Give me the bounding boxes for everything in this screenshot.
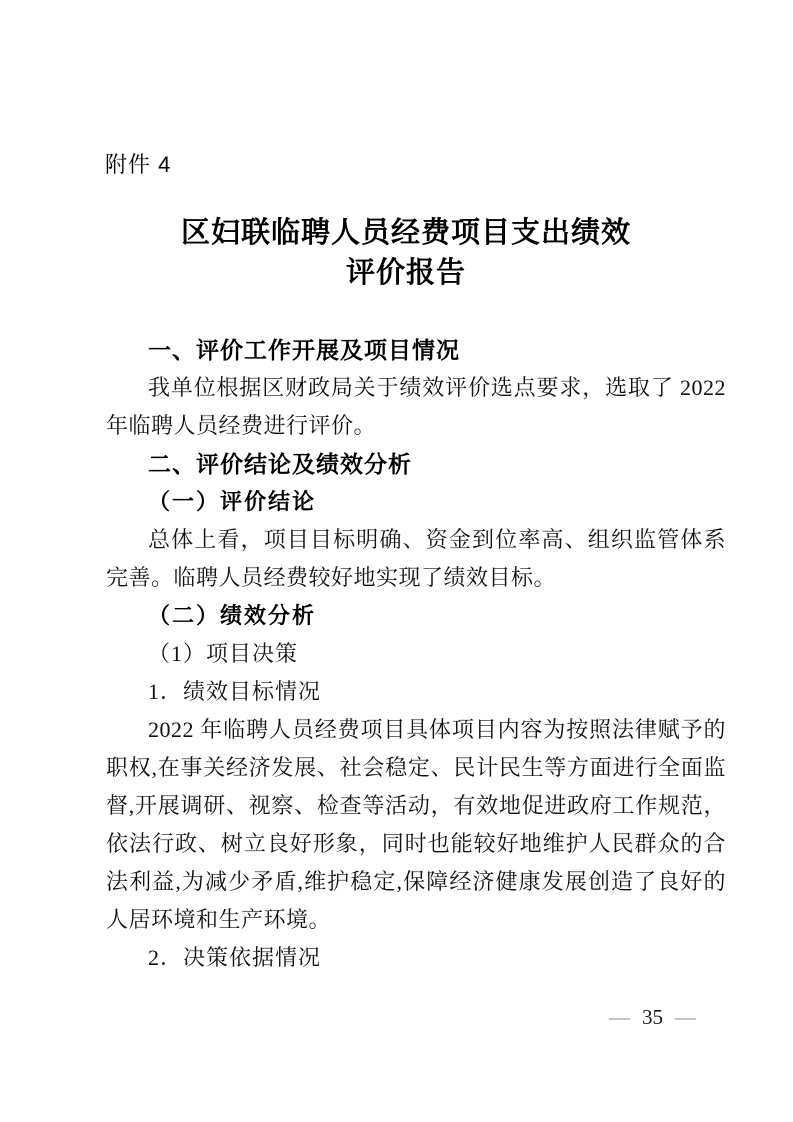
paragraph: 我单位根据区财政局关于绩效评价选点要求，选取了 2022 年临聘人员经费进行评价…	[106, 369, 726, 445]
document-page: 附件 4 区妇联临聘人员经费项目支出绩效 评价报告 一、评价工作开展及项目情况我…	[0, 0, 793, 1122]
page-number: 35	[642, 1005, 663, 1030]
section-heading: 二、评价结论及绩效分析	[106, 445, 726, 483]
footer-dash-right: —	[675, 1005, 696, 1029]
paragraph: 2022 年临聘人员经费项目具体项目内容为按照法律赋予的职权,在事关经济发展、社…	[106, 711, 726, 939]
paragraph: 总体上看，项目目标明确、资金到位率高、组织监管体系完善。临聘人员经费较好地实现了…	[106, 521, 726, 597]
document-title: 区妇联临聘人员经费项目支出绩效 评价报告	[96, 213, 716, 293]
subsection-heading: （一）评价结论	[106, 483, 726, 521]
numbered-heading: 1．绩效目标情况	[106, 673, 726, 711]
numbered-heading: 2．决策依据情况	[106, 939, 726, 977]
document-body: 一、评价工作开展及项目情况我单位根据区财政局关于绩效评价选点要求，选取了 202…	[106, 331, 726, 977]
attachment-label: 附件 4	[105, 148, 171, 179]
subsection-heading: （二）绩效分析	[106, 597, 726, 635]
footer-dash-left: —	[609, 1005, 630, 1029]
document-title-line1: 区妇联临聘人员经费项目支出绩效	[96, 213, 716, 253]
numbered-heading: （1）项目决策	[106, 635, 726, 673]
section-heading: 一、评价工作开展及项目情况	[106, 331, 726, 369]
page-footer: —35—	[609, 1005, 696, 1030]
document-title-line2: 评价报告	[96, 253, 716, 293]
